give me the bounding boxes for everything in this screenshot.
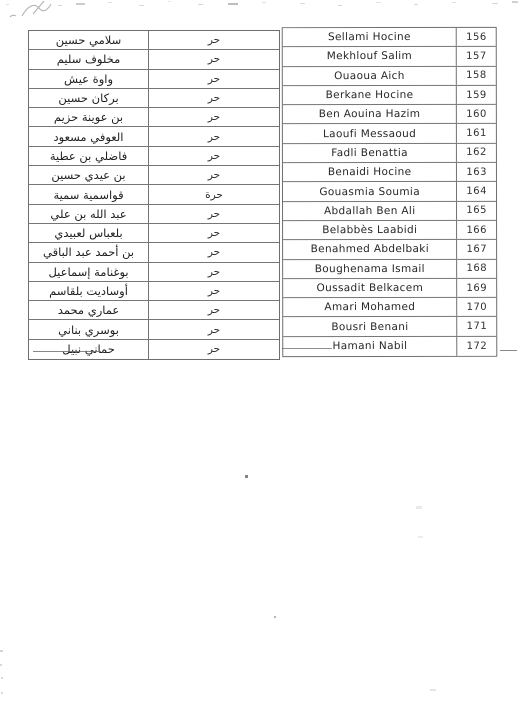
table-row: Gouasmia Soumia164 [283, 182, 496, 202]
arabic-name-cell: عماري محمد [29, 301, 149, 319]
scan-speck [274, 616, 276, 618]
latin-name-cell: Fadli Benattia [283, 144, 457, 163]
table-row: بركان حسينحر [29, 89, 279, 108]
status-cell: حر [149, 224, 279, 242]
table-row: بوغنامة إسماعيلحر [29, 263, 279, 282]
arabic-name-cell: بن أحمد عبد الباقي [29, 243, 149, 261]
status-cell: حر [149, 282, 279, 300]
status-cell: حر [149, 50, 279, 68]
status-cell: حر [149, 70, 279, 88]
row-number-cell: 157 [457, 47, 496, 65]
status-cell: حر [149, 320, 279, 338]
arabic-name-cell: حماني نبيل [29, 340, 149, 359]
row-number-cell: 161 [457, 124, 496, 142]
table-row: Bousri Benani171 [283, 317, 496, 337]
scan-speck [416, 506, 422, 509]
table-row: Benahmed Abdelbaki167 [283, 240, 496, 260]
arabic-name-cell: مخلوف سليم [29, 50, 149, 68]
latin-name-cell: Benaidi Hocine [283, 163, 457, 182]
table-row: Belabbès Laabidi166 [283, 221, 496, 241]
table-row: Laoufi Messaoud161 [283, 124, 496, 144]
pencil-scribble-mark [10, 1, 51, 17]
row-number-cell: 170 [458, 298, 497, 316]
latin-name-cell: Ouaoua Aich [283, 66, 457, 85]
status-cell: حرة [149, 185, 279, 203]
status-cell: حر [149, 205, 279, 223]
table-row: أوساديت بلقاسمحر [29, 282, 279, 301]
stray-line-mark [500, 350, 517, 351]
stray-line-mark [33, 351, 101, 352]
table-row: بلعباس لعبيديحر [29, 224, 279, 243]
row-number-cell: 160 [457, 105, 496, 123]
scanned-document-page: سلامي حسينحرمخلوف سليمحرواوة عيشحربركان … [0, 0, 520, 725]
status-cell: حر [149, 31, 279, 49]
status-cell: حر [149, 108, 279, 126]
arabic-name-cell: فاضلي بن عطية [29, 147, 149, 165]
scan-speck [1, 692, 3, 694]
latin-name-cell: Bousri Benani [283, 317, 457, 336]
latin-name-cell: Berkane Hocine [283, 86, 457, 105]
latin-name-cell: Sellami Hocine [283, 28, 457, 47]
table-row: Hamani Nabil172 [283, 337, 496, 357]
arabic-name-cell: واوة عيش [29, 70, 149, 88]
row-number-cell: 171 [458, 317, 497, 335]
latin-name-cell: Boughenama Ismail [283, 259, 457, 278]
latin-name-cell: Gouasmia Soumia [283, 182, 457, 201]
status-cell: حر [149, 340, 279, 359]
table-row: العوفي مسعودحر [29, 127, 279, 146]
arabic-name-cell: بلعباس لعبيدي [29, 224, 149, 242]
scan-noise-top [0, 0, 520, 26]
table-row: Sellami Hocine156 [283, 28, 496, 48]
table-row: Abdallah Ben Ali165 [283, 201, 496, 221]
status-cell: حر [149, 263, 279, 281]
arabic-name-cell: بن عيدي حسين [29, 166, 149, 184]
roster-table-latin-half: Sellami Hocine156Mekhlouf Salim157Ouaoua… [282, 27, 498, 357]
table-row: عماري محمدحر [29, 301, 279, 320]
row-number-cell: 164 [457, 182, 496, 200]
table-row: بن أحمد عبد الباقيحر [29, 243, 279, 262]
table-row: Benaidi Hocine163 [283, 163, 496, 183]
latin-name-cell: Laoufi Messaoud [283, 124, 457, 143]
row-number-cell: 162 [457, 144, 496, 162]
scan-speck [1, 677, 3, 679]
arabic-name-cell: بوسري بناني [29, 320, 149, 338]
arabic-name-cell: عبد الله بن علي [29, 205, 149, 223]
latin-name-cell: Amari Mohamed [283, 298, 457, 317]
latin-name-cell: Hamani Nabil [283, 337, 457, 357]
arabic-name-cell: بوغنامة إسماعيل [29, 263, 149, 281]
row-number-cell: 159 [457, 86, 496, 104]
scan-speck [0, 664, 2, 666]
row-number-cell: 169 [458, 279, 497, 297]
latin-name-cell: Benahmed Abdelbaki [283, 240, 457, 259]
table-row: قواسمية سميةحرة [29, 185, 279, 204]
status-cell: حر [149, 127, 279, 145]
arabic-name-cell: سلامي حسين [29, 31, 149, 49]
scan-speck [0, 650, 3, 652]
scan-speckles [6, 1, 518, 6]
table-row: بن عيدي حسينحر [29, 166, 279, 185]
status-cell: حر [149, 147, 279, 165]
status-cell: حر [149, 301, 279, 319]
stray-line-mark [282, 348, 332, 349]
row-number-cell: 158 [457, 66, 496, 84]
latin-name-cell: Oussadit Belkacem [283, 279, 457, 298]
table-row: بن عوينة حزيمحر [29, 108, 279, 127]
arabic-name-cell: بركان حسين [29, 89, 149, 107]
row-number-cell: 165 [457, 201, 496, 219]
arabic-name-cell: العوفي مسعود [29, 127, 149, 145]
arabic-name-cell: بن عوينة حزيم [29, 108, 149, 126]
row-number-cell: 163 [457, 163, 496, 181]
roster-table-arabic-half: سلامي حسينحرمخلوف سليمحرواوة عيشحربركان … [28, 30, 280, 360]
table-row: Boughenama Ismail168 [283, 259, 496, 279]
row-number-cell: 172 [458, 337, 497, 356]
scan-speck [418, 536, 423, 538]
table-row: حماني نبيلحر [29, 340, 279, 359]
table-row: عبد الله بن عليحر [29, 205, 279, 224]
table-row: بوسري بنانيحر [29, 320, 279, 339]
row-number-cell: 167 [457, 240, 496, 258]
table-row: Amari Mohamed170 [283, 298, 496, 318]
status-cell: حر [149, 243, 279, 261]
arabic-name-cell: أوساديت بلقاسم [29, 282, 149, 300]
row-number-cell: 168 [457, 259, 496, 277]
table-row: واوة عيشحر [29, 70, 279, 89]
scan-speck [430, 689, 436, 691]
latin-name-cell: Ben Aouina Hazim [283, 105, 457, 124]
table-row: مخلوف سليمحر [29, 50, 279, 69]
status-cell: حر [149, 89, 279, 107]
table-row: Oussadit Belkacem169 [283, 279, 496, 299]
scan-speck [245, 475, 248, 478]
row-number-cell: 166 [457, 221, 496, 239]
status-cell: حر [149, 166, 279, 184]
arabic-name-cell: قواسمية سمية [29, 185, 149, 203]
left-table-body: سلامي حسينحرمخلوف سليمحرواوة عيشحربركان … [29, 31, 279, 359]
table-row: Ouaoua Aich158 [283, 66, 496, 86]
table-row: Berkane Hocine159 [283, 86, 496, 106]
latin-name-cell: Abdallah Ben Ali [283, 202, 457, 221]
table-row: سلامي حسينحر [29, 31, 279, 50]
right-table-body: Sellami Hocine156Mekhlouf Salim157Ouaoua… [283, 28, 497, 356]
table-row: Ben Aouina Hazim160 [283, 105, 496, 125]
latin-name-cell: Mekhlouf Salim [283, 47, 457, 66]
table-row: Fadli Benattia162 [283, 144, 496, 164]
latin-name-cell: Belabbès Laabidi [283, 221, 457, 240]
row-number-cell: 156 [457, 28, 496, 46]
table-row: Mekhlouf Salim157 [283, 47, 496, 67]
table-row: فاضلي بن عطيةحر [29, 147, 279, 166]
